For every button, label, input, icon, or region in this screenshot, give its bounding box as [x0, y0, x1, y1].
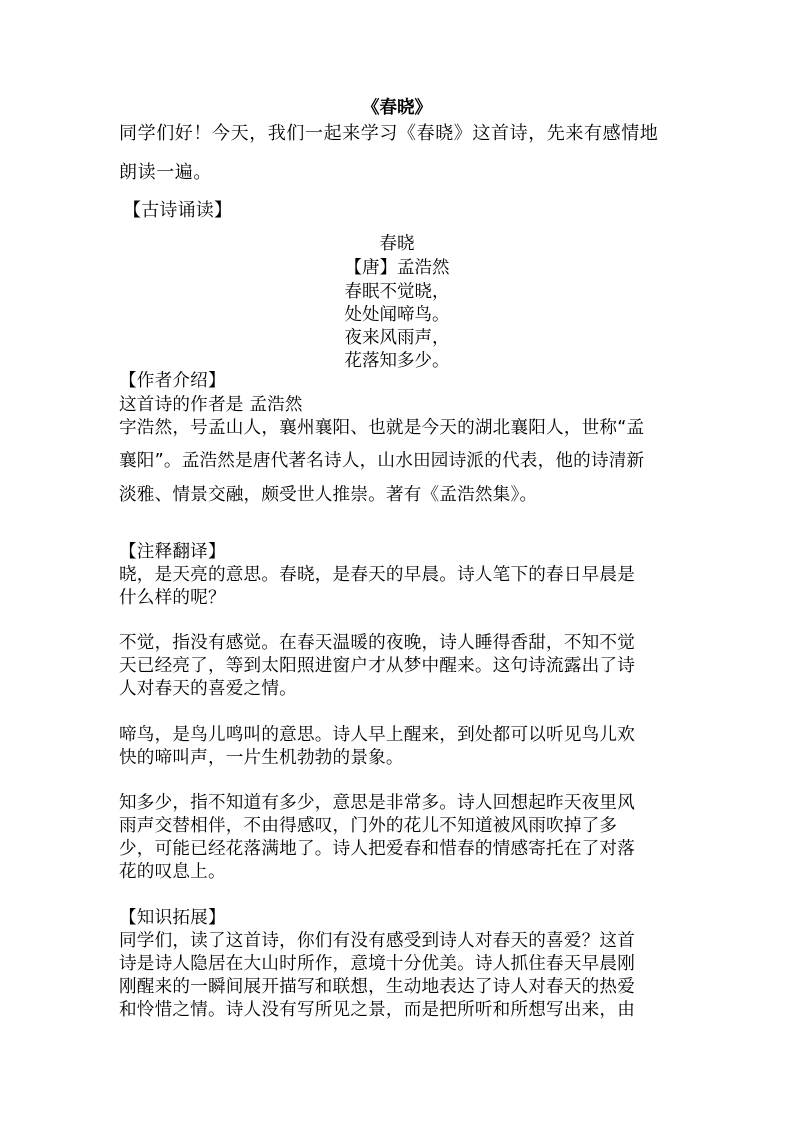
poem-verse-2: 处处闻啼鸟。 [0, 304, 794, 327]
author-lead: 这首诗的作者是 孟浩然 [119, 394, 303, 417]
poem-verse-3: 夜来风雨声， [0, 327, 794, 350]
document-page: 《春晓》 同学们好！今天，我们一起来学习《春晓》这首诗，先来有感情地 朗读一遍。… [0, 0, 794, 1123]
poem-author: 【唐】孟浩然 [0, 257, 794, 280]
annotation-p2-line-3: 人对春天的喜爱之情。 [119, 678, 297, 701]
annotation-p1-line-1: 晓，是天亮的意思。春晓，是春天的早晨。诗人笔下的春日早晨是 [119, 564, 635, 587]
document-title: 《春晓》 [0, 97, 794, 119]
annotation-p3-line-1: 啼鸟，是鸟儿鸣叫的意思。诗人早上醒来，到处都可以听见鸟儿欢 [119, 724, 635, 747]
intro-line-2: 朗读一遍。 [119, 161, 212, 184]
annotation-p3-line-2: 快的啼叫声，一片生机勃勃的景象。 [119, 747, 404, 770]
annotation-p4-line-4: 花的叹息上。 [119, 861, 226, 884]
section-heading-recitation: 【古诗诵读】 [123, 199, 232, 222]
extension-line-3: 刚醒来的一瞬间展开描写和联想，生动地表达了诗人对春天的热爱 [119, 976, 635, 999]
author-line-3: 淡雅、情景交融，颇受世人推崇。著有《孟浩然集》。 [119, 484, 537, 507]
extension-line-2: 诗是诗人隐居在大山时所作，意境十分优美。诗人抓住春天早晨刚 [119, 953, 635, 976]
poem-title: 春晓 [0, 233, 794, 256]
poem-verse-1: 春眠不觉晓， [0, 281, 794, 304]
section-heading-annotation: 【注释翻译】 [119, 541, 226, 564]
annotation-p4-line-3: 少，可能已经花落满地了。诗人把爱春和惜春的情感寄托在了对落 [119, 838, 635, 861]
section-heading-extension: 【知识拓展】 [119, 907, 226, 930]
extension-line-1: 同学们，读了这首诗，你们有没有感受到诗人对春天的喜爱？这首 [119, 930, 635, 953]
author-line-2: 襄阳”。孟浩然是唐代著名诗人，山水田园诗派的代表，他的诗清新 [119, 450, 644, 473]
annotation-p2-line-2: 天已经亮了，等到太阳照进窗户才从梦中醒来。这句诗流露出了诗 [119, 655, 635, 678]
author-line-1: 字浩然，号孟山人，襄州襄阳、也就是今天的湖北襄阳人，世称“孟 [119, 417, 644, 440]
extension-line-4: 和怜惜之情。诗人没有写所见之景，而是把所听和所想写出来，由 [119, 999, 635, 1022]
annotation-p2-line-1: 不觉，指没有感觉。在春天温暖的夜晚，诗人睡得香甜，不知不觉 [119, 632, 635, 655]
intro-line-1: 同学们好！今天，我们一起来学习《春晓》这首诗，先来有感情地 [119, 122, 658, 145]
section-heading-author: 【作者介绍】 [119, 370, 226, 393]
annotation-p4-line-1: 知多少，指不知道有多少，意思是非常多。诗人回想起昨天夜里风 [119, 792, 635, 815]
annotation-p1-line-2: 什么样的呢？ [119, 587, 226, 610]
annotation-p4-line-2: 雨声交替相伴，不由得感叹，门外的花儿不知道被风雨吹掉了多 [119, 815, 617, 838]
